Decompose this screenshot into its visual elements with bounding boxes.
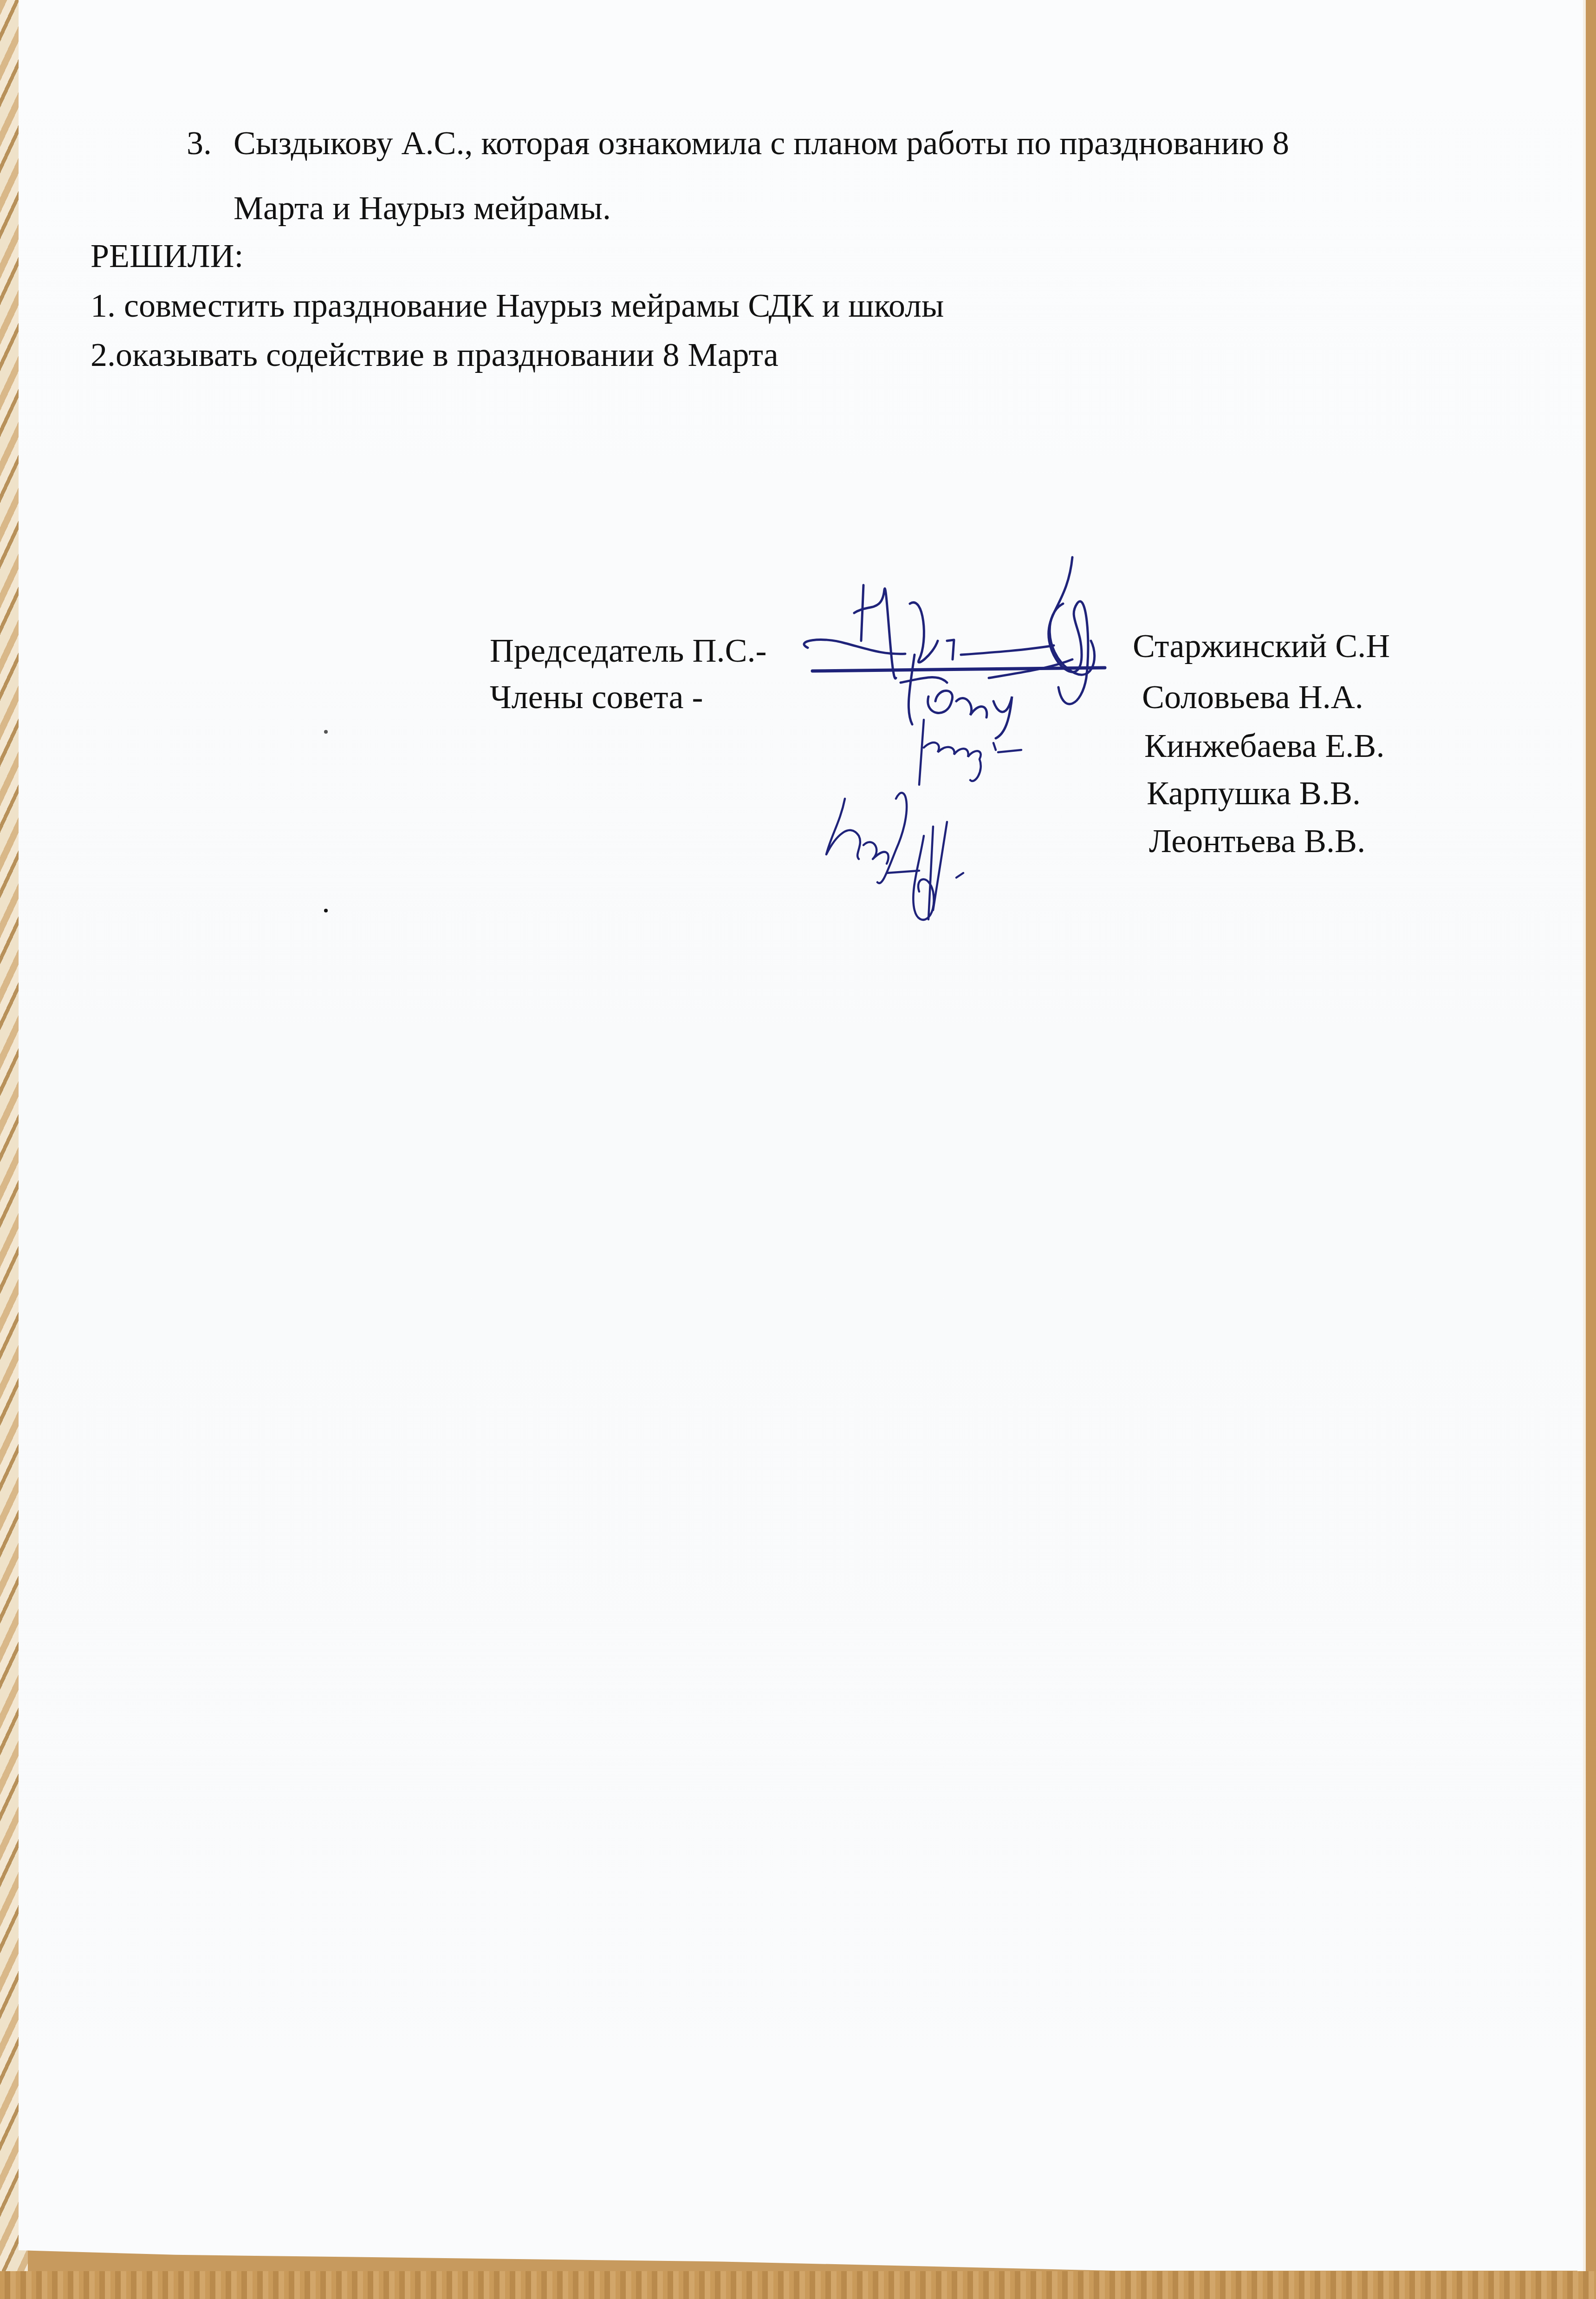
document-page: 3. Сыздыкову А.С., которая ознакомила с … [19,0,1583,2271]
ink-speck [324,730,328,734]
chairman-label: Председатель П.С.- [490,634,766,667]
decided-heading: РЕШИЛИ: [91,239,243,273]
kinzhebaeva-signature [915,715,1035,789]
decision-1: 1. совместить празднование Наурыз мейрам… [91,289,944,322]
members-label: Члены совета - [490,680,703,714]
name-solovyeva: Соловьева Н.А. [1142,680,1363,714]
wooden-surface-bottom [0,2271,1596,2299]
item-3-line-1: Сыздыкову А.С., которая ознакомила с пла… [234,126,1289,160]
karpushka-leontyeva-signatures [817,780,1058,929]
name-karpushka: Карпушка В.В. [1147,776,1361,810]
item-3-line-2: Марта и Наурыз мейрамы. [234,191,611,225]
name-kinzhebaeva: Кинжебаева Е.В. [1144,729,1384,762]
name-leontyeva: Леонтьева В.В. [1149,824,1365,858]
decision-2: 2.оказывать содействие в праздновании 8 … [91,338,779,371]
item-3-number: 3. [187,126,212,160]
name-starzhinsky: Старжинский С.Н [1133,629,1390,663]
ink-speck [324,909,328,912]
